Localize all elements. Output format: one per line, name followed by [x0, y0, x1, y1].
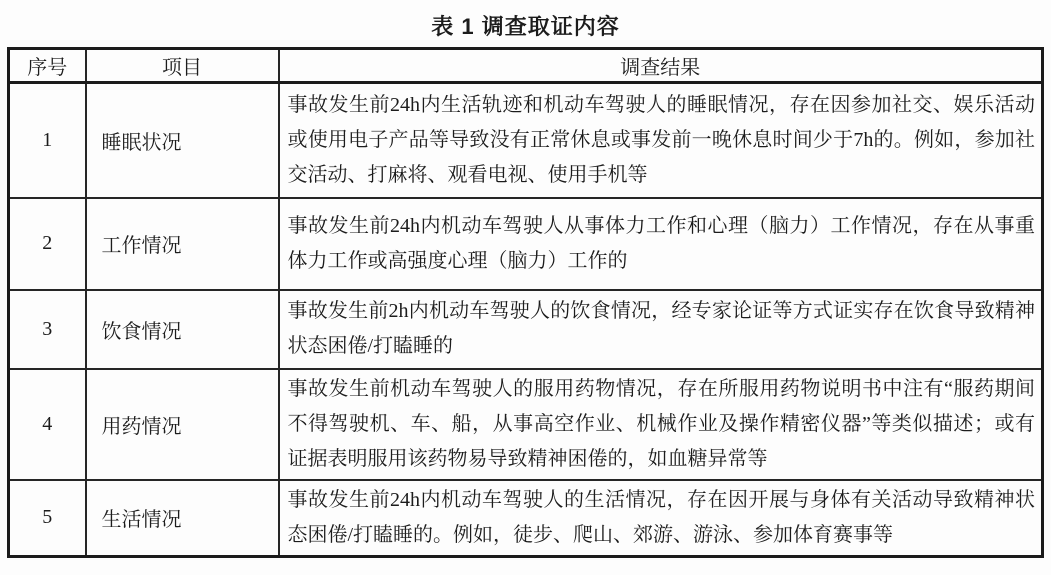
evidence-table: 序号 项目 调查结果 1 睡眠状况 事故发生前24h内生活轨迹和机动车驾驶人的睡…	[7, 47, 1044, 558]
header-row: 序号 项目 调查结果	[9, 49, 1043, 83]
row-item: 睡眠状况	[86, 83, 279, 198]
row-no: 4	[9, 369, 86, 480]
row-no: 1	[9, 83, 86, 198]
table-title: 表 1 调查取证内容	[0, 0, 1051, 47]
header-result: 调查结果	[279, 49, 1043, 83]
table-row: 3 饮食情况 事故发生前2h内机动车驾驶人的饮食情况，经专家论证等方式证实存在饮…	[9, 290, 1043, 369]
table-row: 2 工作情况 事故发生前24h内机动车驾驶人从事体力工作和心理（脑力）工作情况，…	[9, 198, 1043, 290]
row-no: 2	[9, 198, 86, 290]
document-page: 表 1 调查取证内容 序号 项目 调查结果 1 睡眠状况 事故发生前24h内生活…	[0, 0, 1051, 575]
row-item: 工作情况	[86, 198, 279, 290]
row-no: 5	[9, 480, 86, 557]
row-result: 事故发生前24h内机动车驾驶人从事体力工作和心理（脑力）工作情况，存在从事重体力…	[279, 198, 1043, 290]
row-item: 饮食情况	[86, 290, 279, 369]
row-item: 用药情况	[86, 369, 279, 480]
row-result: 事故发生前24h内生活轨迹和机动车驾驶人的睡眠情况，存在因参加社交、娱乐活动或使…	[279, 83, 1043, 198]
row-item: 生活情况	[86, 480, 279, 557]
table-row: 4 用药情况 事故发生前机动车驾驶人的服用药物情况，存在所服用药物说明书中注有“…	[9, 369, 1043, 480]
row-no: 3	[9, 290, 86, 369]
header-item: 项目	[86, 49, 279, 83]
row-result: 事故发生前机动车驾驶人的服用药物情况，存在所服用药物说明书中注有“服药期间不得驾…	[279, 369, 1043, 480]
row-result: 事故发生前2h内机动车驾驶人的饮食情况，经专家论证等方式证实存在饮食导致精神状态…	[279, 290, 1043, 369]
header-no: 序号	[9, 49, 86, 83]
table-row: 5 生活情况 事故发生前24h内机动车驾驶人的生活情况，存在因开展与身体有关活动…	[9, 480, 1043, 557]
table-row: 1 睡眠状况 事故发生前24h内生活轨迹和机动车驾驶人的睡眠情况，存在因参加社交…	[9, 83, 1043, 198]
row-result: 事故发生前24h内机动车驾驶人的生活情况，存在因开展与身体有关活动导致精神状态困…	[279, 480, 1043, 557]
